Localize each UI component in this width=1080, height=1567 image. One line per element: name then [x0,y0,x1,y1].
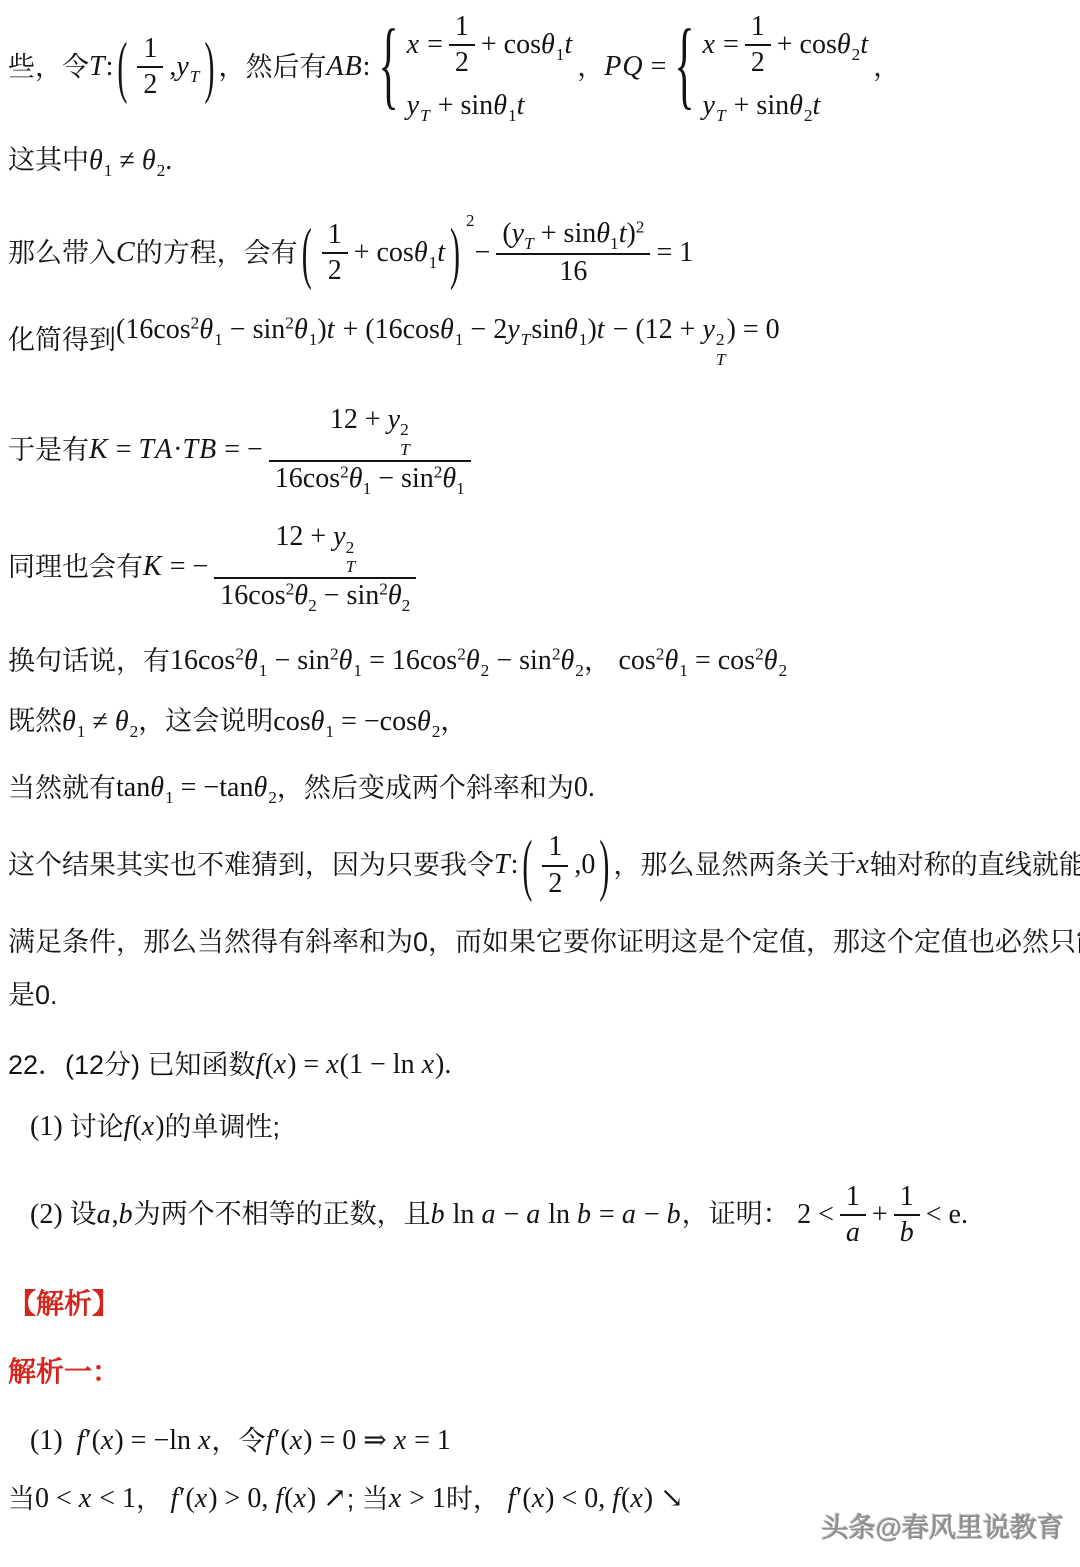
cjk-text: 换句话说，有 [8,644,170,679]
fraction: 1 2 [322,218,348,288]
fraction-denominator: 2 [449,46,475,80]
math-text: T: [89,49,113,85]
left-brace: { [378,3,398,131]
cjk-text: 些，令 [8,50,89,85]
fraction: 12 + y2T 16cos2θ2 − sin2θ2 [214,520,416,615]
math-text: x = [407,27,443,63]
math-text: + cosθ1t [481,27,573,63]
math-text: f′(x) = −ln x [77,1423,212,1459]
left-paren: ( [522,821,532,911]
right-paren: ) [599,821,609,911]
cjk-text: 当 [8,1482,35,1517]
line-15-part-2: (2) 设 a,b 为两个不相等的正数，且 b ln a − a ln b = … [8,1180,1072,1250]
line-6-k-product-2: 同理也会有 K = − 12 + y2T 16cos2θ2 − sin2θ2 [8,520,1072,615]
line-17-solution-1-header: 解析一： [8,1354,1072,1390]
cjk-text: ，令 [211,1424,265,1459]
line-4-simplified-equation: 化简得到 (16cos2θ1 − sin2θ1)t + (16cosθ1 − 2… [8,312,1072,369]
fraction-denominator: 2 [322,254,348,288]
fraction-denominator: b [894,1216,920,1250]
fraction-numerator: 1 [542,830,568,864]
math-text: b ln a − a ln b = a − b [431,1197,682,1233]
right-paren: ) [450,209,460,299]
math-text: cos2θ1 = cos2θ2 [618,643,787,679]
fraction-denominator: 2 [745,46,771,80]
cjk-text: ，然后变成两个斜率和为 [277,771,574,806]
cjk-text: ，然后有 [218,50,326,85]
cjk-text: 当然就有 [8,771,116,806]
fraction-numerator: 1 [322,218,348,252]
cjk-text: 既然 [8,704,62,739]
fraction-numerator: 1 [894,1180,920,1214]
line-18-derivative-line: (1) f′(x) = −ln x ，令 f′(x) = 0 ⇒ x = 1 [8,1423,1072,1459]
cjk-text: 设 [70,1197,97,1232]
case-rows: x = 1 2 + cosθ2t yT + sinθ2t [703,10,870,125]
fraction-denominator: 16 [553,255,593,289]
line-1-parametric-equations: 些，令 T: ( 1 2 ,yT ) ，然后有 AB: { x = 1 2 + … [8,10,1072,125]
cjk-text: 那么带入 [8,236,116,271]
cjk-text: ，这会说明 [138,704,273,739]
cjk-text: 为两个不相等的正数，且 [134,1197,431,1232]
math-text: a,b [97,1197,134,1233]
line-16-analysis-header: 【解析】 [8,1286,1072,1322]
cjk-text: 满足条件，那么当然得有斜率和为0，而如果它要你证明这是个定值，那这个定值也必然只… [8,925,1080,960]
line-13-problem-22: 22．(12分) 已知函数 f(x) = x(1 − ln x). [8,1047,1072,1083]
cjk-text: 的方程，会有 [136,236,298,271]
cjk-text: ， [584,644,619,679]
math-text: + cosθ2t [777,27,869,63]
math-text: yT + sinθ2t [703,88,822,124]
cjk-text: 是0. [8,978,58,1013]
fraction-numerator: 1 [137,32,163,66]
math-text: 0 < x < 1 [35,1481,136,1517]
left-paren: ( [117,23,127,113]
line-11-guess-continued: 满足条件，那么当然得有斜率和为0，而如果它要你证明这是个定值，那这个定值也必然只… [8,925,1072,960]
math-text: 16cos2θ1 − sin2θ1 = 16cos2θ2 − sin2θ2 [170,643,584,679]
cjk-text: ; 当 [347,1482,389,1517]
math-text: T: [494,847,518,883]
solution-1-header-text: 解析一： [8,1354,120,1390]
line-10-guess-explanation: 这个结果其实也不难猜到，因为只要我令 T: ( 1 2 ,0 ) ，那么显然两条… [8,830,1072,900]
math-text: f′(x) = 0 ⇒ x = 1 [265,1423,450,1459]
item-number: (1) [30,1423,77,1459]
case-row: yT + sinθ1t [407,88,526,124]
line-2-theta-condition: 这其中 θ1 ≠ θ2. [8,143,1072,179]
fraction: 1 a [840,1180,866,1250]
math-text: 2 < [797,1197,834,1233]
line-14-part-1: (1) 讨论 f(x) 的单调性; [8,1109,1072,1145]
math-text: + [872,1197,888,1233]
right-paren: ) [204,23,214,113]
math-text: K = − [143,549,208,585]
cjk-text: ， [873,50,900,85]
line-5-k-product: 于是有 K = TA·TB = − 12 + y2T 16cos2θ1 − si… [8,403,1072,498]
cjk-text: 时， [446,1482,508,1517]
case-row: yT + sinθ2t [703,88,822,124]
item-number: (1) [30,1109,70,1145]
fraction: 1 2 [542,830,568,900]
fraction-numerator: (yT + sinθ1t)2 [496,217,650,253]
case-row: x = 1 2 + cosθ2t [703,10,870,80]
math-text: x [856,847,869,883]
math-text: θ1 ≠ θ2 [62,704,138,740]
power-exponent: 2 [466,210,475,232]
case-system-ab: { x = 1 2 + cosθ1t yT + sinθ1t [374,10,573,125]
cjk-text: ， [440,704,467,739]
left-brace: { [674,3,694,131]
fraction: 1 2 [745,10,771,80]
math-text: x = [703,27,739,63]
line-12-is-zero: 是0. [8,978,1072,1013]
cjk-text: 同理也会有 [8,550,143,585]
fraction-denominator: 2 [542,867,568,901]
math-text: f′(x) > 0, f(x) ↗ [171,1481,347,1517]
math-text: x > 1 [389,1481,446,1517]
math-text: = 1 [656,235,693,271]
math-text: θ1 ≠ θ2. [89,143,172,179]
toutiao-watermark: 头条@春风里说教育 [822,1506,1064,1545]
fraction: 1 2 [137,32,163,102]
fraction: 1 b [894,1180,920,1250]
line-3-substitute-into-c: 那么带入 C 的方程，会有 ( 1 2 + cosθ1t ) 2 − (yT +… [8,217,1072,289]
analysis-header-text: 【解析】 [8,1286,120,1322]
line-9-tan-conclusion: 当然就有 tanθ1 = −tanθ2 ，然后变成两个斜率和为 0. [8,770,1072,806]
cjk-text: ，那么显然两条关于 [613,848,856,883]
cjk-text: 化简得到 [8,323,116,358]
math-text: + cosθ1t [354,235,446,271]
fraction-numerator: 1 [840,1180,866,1214]
cjk-text: ， [136,1482,171,1517]
cjk-text: 的单调性; [165,1110,281,1145]
fraction: (yT + sinθ1t)2 16 [496,217,650,289]
item-number: (2) [30,1197,70,1233]
fraction-numerator: 1 [449,10,475,44]
cjk-text: 这个结果其实也不难猜到，因为只要我令 [8,848,494,883]
math-text: f(x) = x(1 − ln x). [256,1047,452,1083]
case-row: x = 1 2 + cosθ1t [407,10,574,80]
case-system-pq: { x = 1 2 + cosθ2t yT + sinθ2t [670,10,869,125]
math-text: 0. [574,770,595,806]
left-paren: ( [302,209,312,299]
fraction-denominator: 16cos2θ1 − sin2θ1 [269,462,471,498]
math-text: C [116,235,136,271]
math-solution-document: 些，令 T: ( 1 2 ,yT ) ，然后有 AB: { x = 1 2 + … [0,0,1080,1518]
math-text: cosθ1 = −cosθ2 [273,704,440,740]
math-text: ,0 [574,847,595,883]
math-text: K = TA·TB = − [89,432,263,468]
fraction: 12 + y2T 16cos2θ1 − sin2θ1 [269,403,471,498]
math-text: − [475,235,491,271]
cjk-text: ， [577,50,604,85]
fraction-denominator: a [840,1216,866,1250]
fraction-numerator: 12 + y2T [269,520,361,577]
fraction-denominator: 2 [137,68,163,102]
line-7-cos-equality: 换句话说，有 16cos2θ1 − sin2θ1 = 16cos2θ2 − si… [8,643,1072,679]
math-text: AB: [326,49,370,85]
fraction: 1 2 [449,10,475,80]
cjk-text: 22．(12分) 已知函数 [8,1048,256,1083]
math-text: tanθ1 = −tanθ2 [116,770,277,806]
fraction-denominator: 16cos2θ2 − sin2θ2 [214,579,416,615]
line-8-cos-conclusion: 既然 θ1 ≠ θ2 ，这会说明 cosθ1 = −cosθ2 ， [8,704,1072,740]
math-text: < e. [926,1197,968,1233]
math-text: f′(x) < 0, f(x) ↘ [507,1481,683,1517]
math-text: (16cos2θ1 − sin2θ1)t + (16cosθ1 − 2yTsin… [116,312,780,369]
cjk-text: 讨论 [70,1110,124,1145]
fraction-numerator: 12 + y2T [324,403,416,460]
cjk-text: 轴对称的直线就能 [870,848,1080,883]
cjk-text: 于是有 [8,433,89,468]
math-text: f(x) [124,1109,165,1145]
math-text: PQ = [604,49,666,85]
math-text: yT + sinθ1t [407,88,526,124]
cjk-text: 这其中 [8,143,89,178]
math-text: ,yT [169,49,200,85]
case-rows: x = 1 2 + cosθ1t yT + sinθ1t [407,10,574,125]
fraction-numerator: 1 [745,10,771,44]
cjk-text: ，证明： [682,1197,798,1232]
